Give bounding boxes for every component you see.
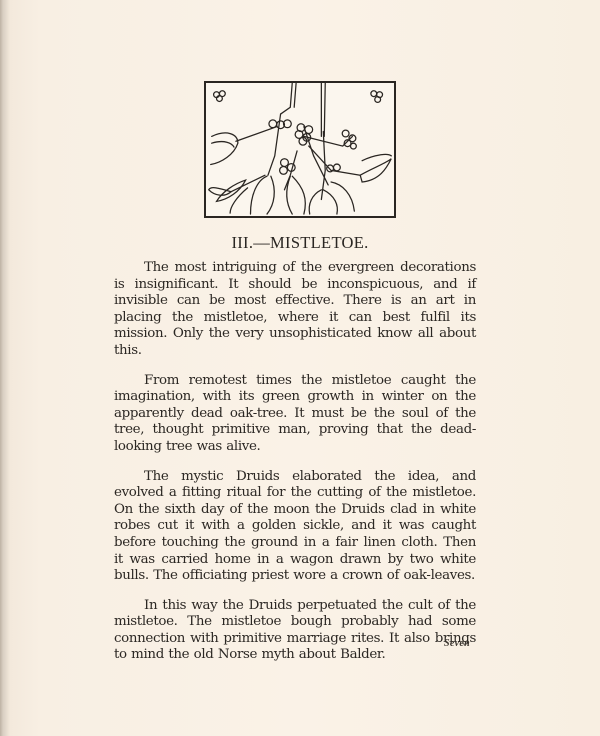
paragraph: From remotest times the mistletoe caught… (114, 373, 476, 456)
chapter-body: The most intriguing of the evergreen dec… (114, 260, 476, 677)
mistletoe-illustration (204, 81, 396, 218)
page-number: Seven (444, 638, 470, 649)
book-page: III.—MISTLETOE. The most intriguing of t… (0, 0, 600, 736)
paragraph: The most intriguing of the evergreen dec… (114, 260, 476, 360)
mistletoe-icon (206, 83, 394, 216)
paragraph: The mystic Druids elaborated the idea, a… (114, 469, 476, 585)
chapter-heading: III.—MISTLETOE. (0, 233, 600, 253)
paragraph: In this way the Druids perpetuated the c… (114, 598, 476, 664)
